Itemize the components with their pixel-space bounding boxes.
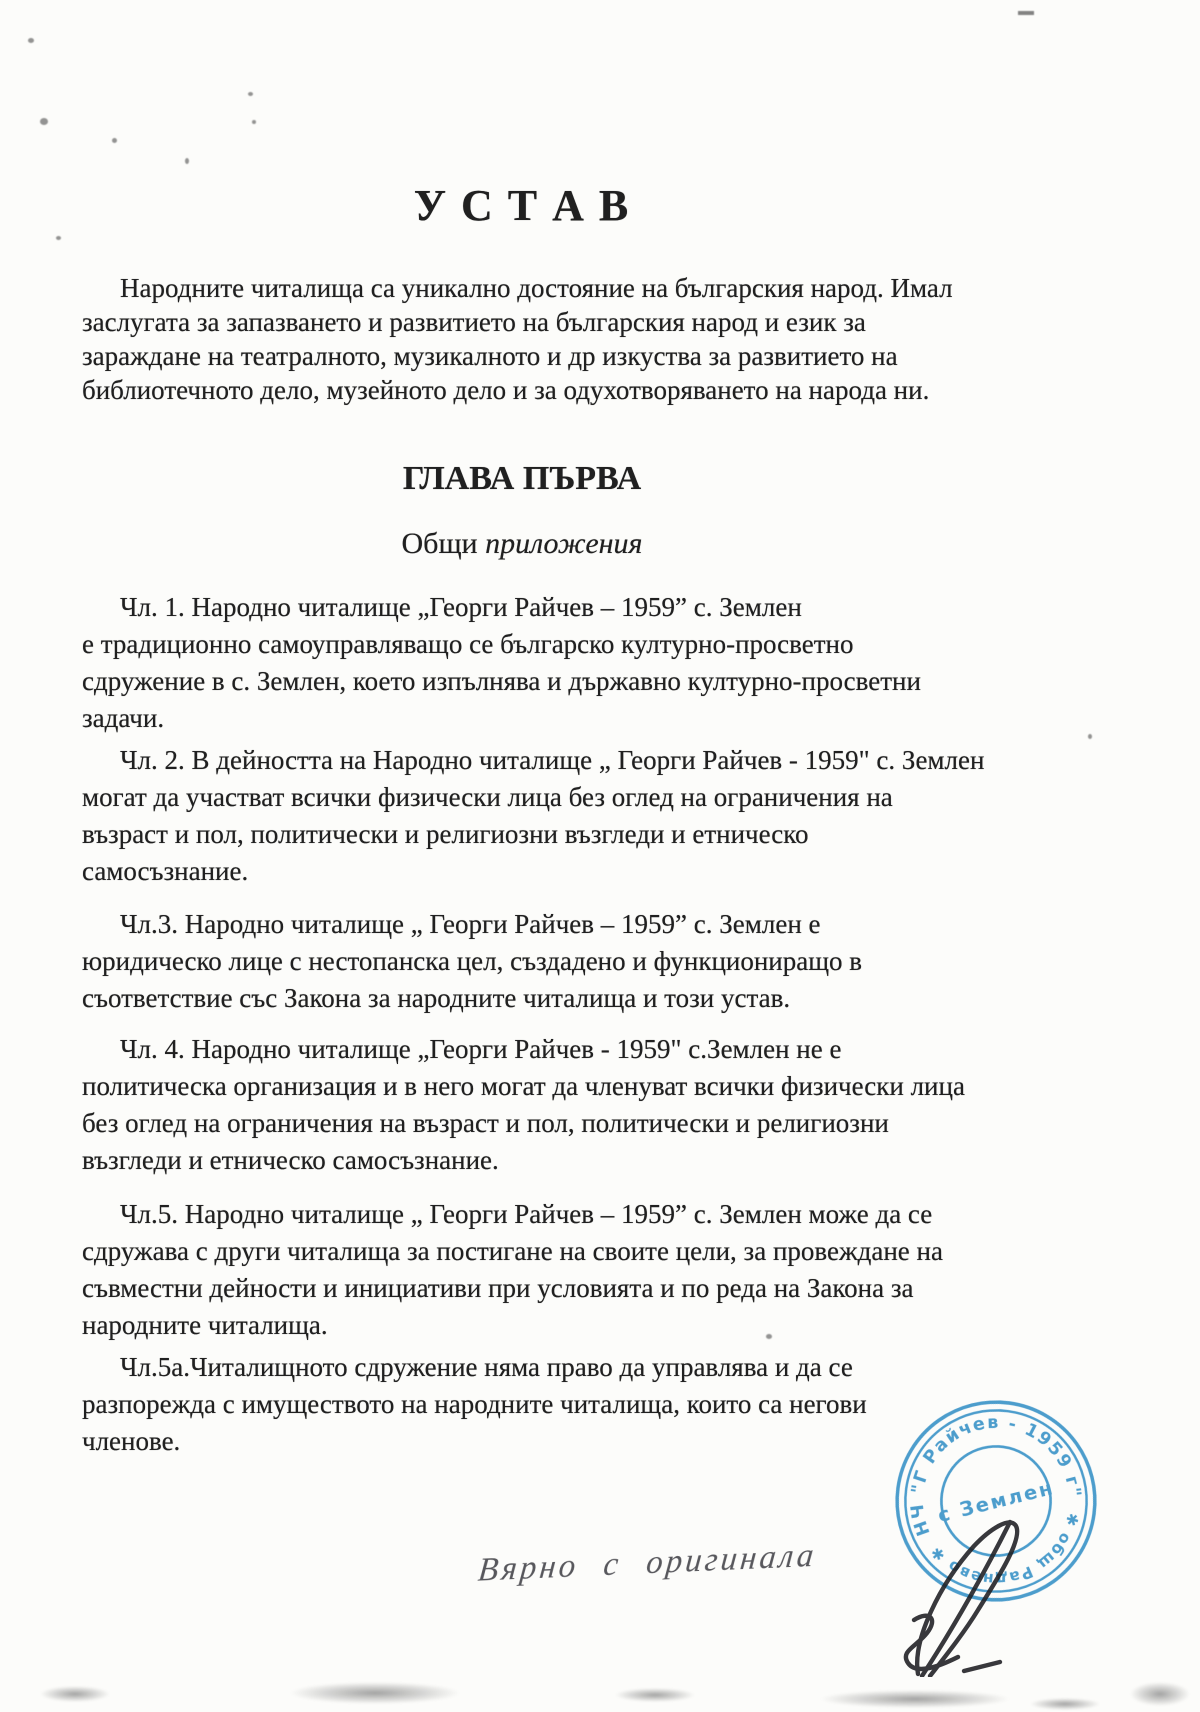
scan-smudge <box>820 1690 1010 1708</box>
scan-smudge <box>290 1682 460 1704</box>
scanned-document-page: У С Т А В Народните читалища са уникално… <box>0 0 1200 1712</box>
article-4: Чл. 4. Народно читалище „Георги Райчев -… <box>82 1031 1042 1179</box>
scan-speck <box>185 158 189 164</box>
scan-smudge <box>40 1686 110 1702</box>
article-2: Чл. 2. В дейността на Народно читалище „… <box>82 742 1042 890</box>
scan-speck <box>252 120 256 124</box>
chapter-subtitle-regular: Общи <box>402 527 478 560</box>
chapter-subtitle: Общи приложения <box>82 527 962 561</box>
scan-speck <box>766 1334 772 1339</box>
scan-mark <box>1018 11 1034 15</box>
handwritten-note: Вярно с оригинала <box>476 1538 818 1590</box>
scan-smudge <box>1030 1698 1100 1710</box>
signature <box>878 1492 1063 1677</box>
document-title: У С Т А В <box>82 180 962 231</box>
article-3: Чл.3. Народно читалище „ Георги Райчев –… <box>82 906 1042 1017</box>
article-1: Чл. 1. Народно читалище „Георги Райчев –… <box>82 589 1042 737</box>
scan-speck <box>1088 734 1092 739</box>
scan-speck <box>112 138 117 143</box>
chapter-heading: ГЛАВА ПЪРВА <box>82 460 962 498</box>
intro-paragraph: Народните читалища са уникално достояние… <box>82 271 1022 407</box>
scan-speck <box>56 236 61 240</box>
scan-speck <box>40 118 48 125</box>
signature-strokes <box>878 1492 1063 1677</box>
scan-smudge <box>615 1688 695 1702</box>
article-5: Чл.5. Народно читалище „ Георги Райчев –… <box>82 1196 1042 1344</box>
chapter-subtitle-italic: приложения <box>485 527 642 560</box>
scan-speck <box>248 92 253 96</box>
scan-speck <box>28 38 34 43</box>
scan-smudge <box>1130 1682 1190 1706</box>
